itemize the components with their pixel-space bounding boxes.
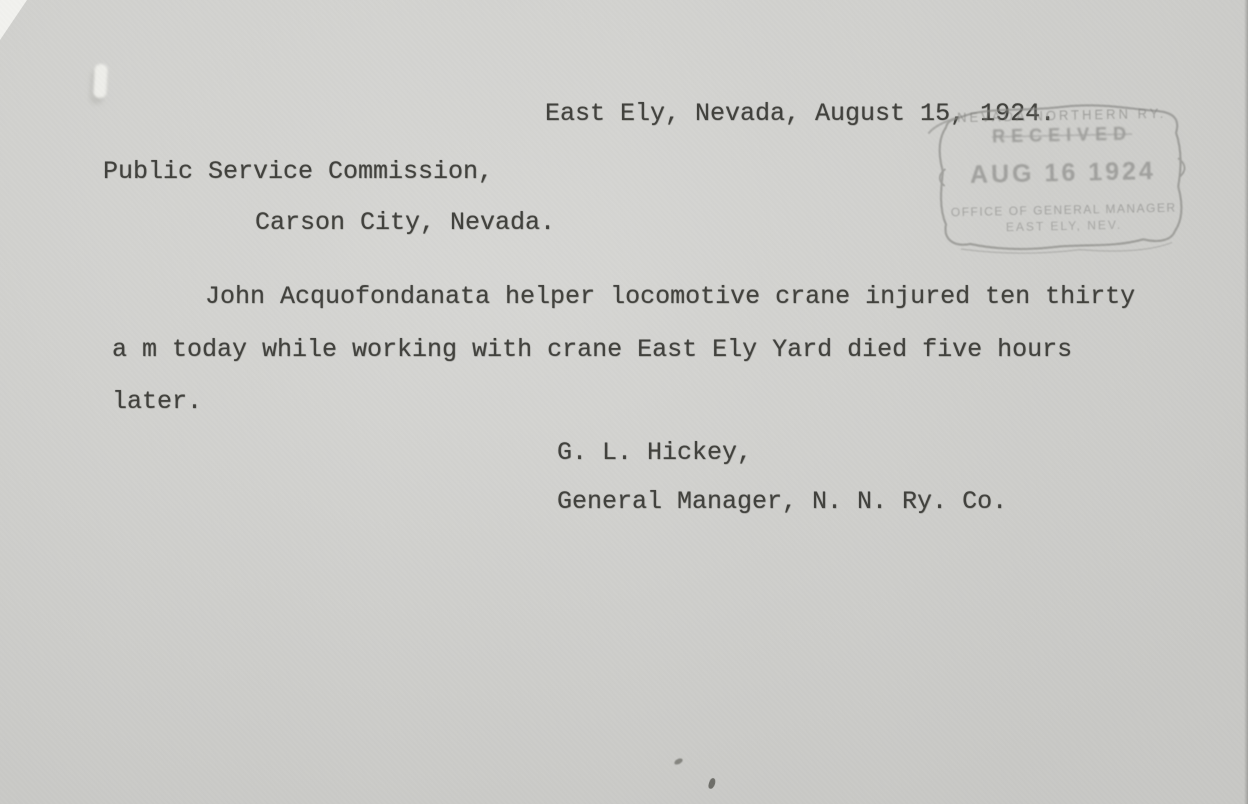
body-line: a m today while working with crane East … [112, 337, 1072, 362]
signature-title: General Manager, N. N. Ry. Co. [557, 489, 1007, 514]
recipient-name: Public Service Commission, [103, 159, 493, 184]
scanned-telegram-page: East Ely, Nevada, August 15, 1924. Publi… [0, 0, 1248, 804]
ink-speck [673, 757, 683, 766]
scan-edge-shadow [1244, 0, 1248, 804]
body-line: John Acquofondanata helper locomotive cr… [205, 284, 1135, 309]
body-line: later. [112, 389, 202, 414]
received-stamp: NEVADA NORTHERN RY. RECEIVED AUG 16 1924… [926, 92, 1199, 262]
signature-name: G. L. Hickey, [557, 440, 752, 465]
scan-corner-artifact [0, 0, 27, 40]
ink-speck [708, 777, 717, 789]
stamp-date: AUG 16 1924 [928, 156, 1199, 191]
recipient-city: Carson City, Nevada. [255, 210, 555, 235]
correction-fluid-smudge [93, 64, 108, 99]
